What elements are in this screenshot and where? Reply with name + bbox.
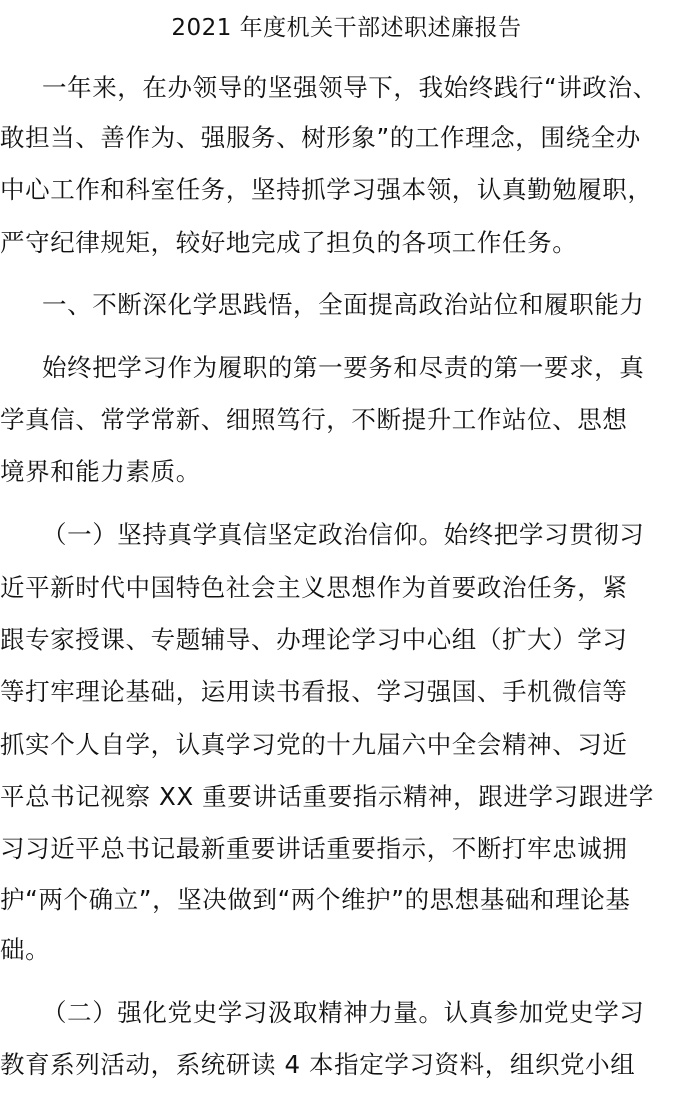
text-line: 抓实个人自学，认真学习党的十九届六中全会精神、习近 (0, 727, 628, 763)
text-line: 等打牢理论基础，运用读书看报、学习强国、手机微信等 (0, 674, 628, 710)
text-line: 敢担当、善作为、强服务、树形象”的工作理念，围绕全办 (0, 120, 641, 156)
text-line: 严守纪律规矩，较好地完成了担负的各项工作任务。 (0, 225, 577, 261)
text-line: 学真信、常学常新、细照笃行，不断提升工作站位、思想 (0, 402, 628, 438)
text-line: 近平新时代中国特色社会主义思想作为首要政治任务，紧 (0, 570, 628, 606)
text-line: （二）强化党史学习汲取精神力量。认真参加党史学习 (42, 995, 644, 1031)
text-line: 础。 (0, 932, 50, 968)
document-title: 2021 年度机关干部述职述廉报告 (0, 10, 693, 46)
text-line: 教育系列活动，系统研读 4 本指定学习资料，组织党小组 (0, 1047, 635, 1083)
text-line: 平总书记视察 XX 重要讲话重要指示精神，跟进学习跟进学 (0, 779, 654, 815)
text-line: 境界和能力素质。 (0, 454, 201, 490)
text-line: 中心工作和科室任务，坚持抓学习强本领，认真勤勉履职， (0, 172, 653, 208)
text-line: 习习近平总书记最新重要讲话重要指示，不断打牢忠诚拥 (0, 831, 628, 867)
text-line: 一、不断深化学思践悟，全面提高政治站位和履职能力 (42, 287, 644, 323)
text-line: 跟专家授课、专题辅导、办理论学习中心组（扩大）学习 (0, 622, 628, 658)
text-line: （一）坚持真学真信坚定政治信仰。始终把学习贯彻习 (42, 517, 644, 553)
text-line: 始终把学习作为履职的第一要务和尽责的第一要求，真 (42, 350, 644, 386)
text-line: 护“两个确立”，坚决做到“两个维护”的思想基础和理论基 (0, 882, 630, 918)
text-line: 一年来，在办领导的坚强领导下，我始终践行“讲政治、 (42, 70, 658, 106)
